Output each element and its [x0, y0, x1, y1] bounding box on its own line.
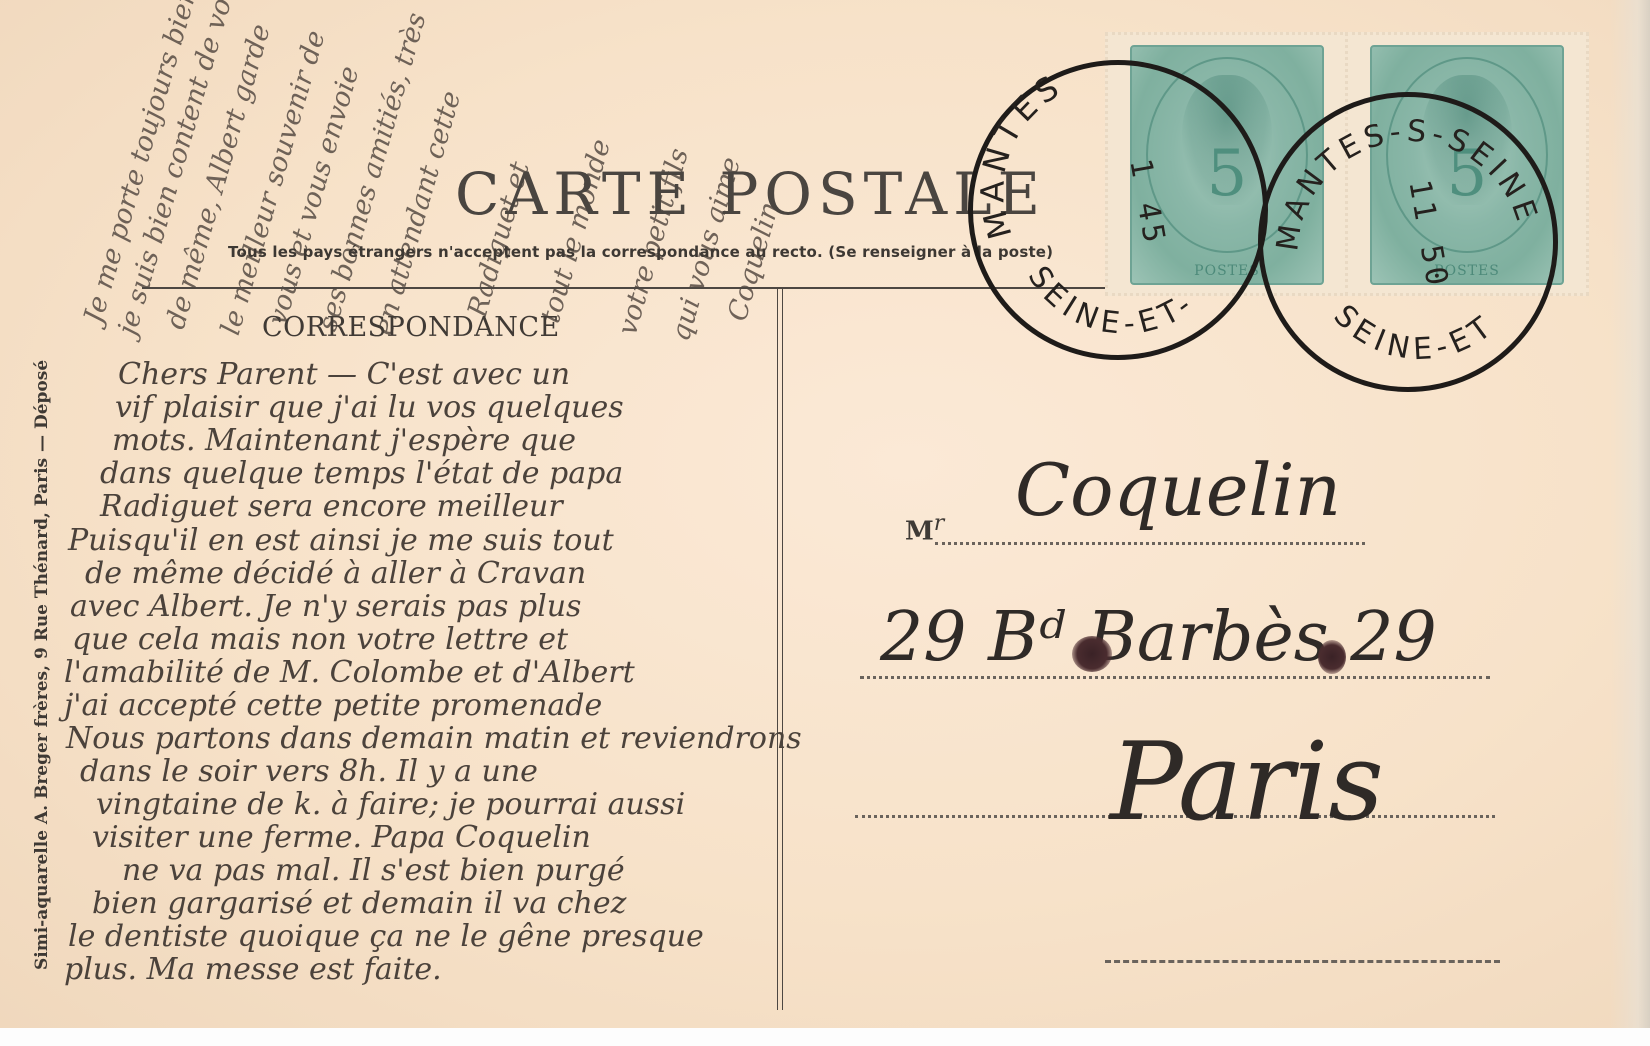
header-divider [142, 287, 1112, 289]
message-line: visiter une ferme. Papa Coquelin [92, 821, 591, 855]
message-line: vif plaisir que j'ai lu vos quelques [115, 391, 624, 425]
message-line: bien gargarisé et demain il va chez [92, 887, 626, 921]
ink-blot [1318, 640, 1346, 674]
postmark-ring-text: MANTES-S-SEINE SEINE-ET-OISE [1258, 92, 1558, 392]
correspondance-label: CORRESPONDANCE [262, 312, 560, 343]
message-line: que cela mais non votre lettre et [72, 623, 568, 657]
message-line: dans le soir vers 8h. Il y a une [80, 755, 538, 789]
message-line: plus. Ma messe est faite. [64, 953, 442, 987]
address-line-4 [1105, 960, 1500, 963]
message-line: de même décidé à aller à Cravan [85, 557, 586, 591]
recipient-name: Coquelin [1015, 448, 1341, 532]
message-line: Chers Parent — C'est avec un [118, 358, 570, 392]
foreign-countries-notice: Tous les pays étrangers n'acceptent pas … [228, 243, 1053, 261]
scan-margin [0, 1028, 1650, 1046]
recipient-city: Paris [1110, 720, 1384, 845]
message-line: le dentiste quoique ça ne le gêne presqu… [68, 920, 704, 954]
message-line: Puisqu'il en est ainsi je me suis tout [68, 524, 614, 558]
salutation-superscript: r [934, 511, 945, 536]
ink-blot [1072, 636, 1112, 672]
message-line: Radiguet sera encore meilleur [100, 490, 563, 524]
message-line: j'ai accepté cette petite promenade [64, 689, 602, 723]
svg-text:MANTES: MANTES [973, 65, 1070, 243]
message-line: ne va pas mal. Il s'est bien purgé [122, 854, 625, 888]
card-title: CARTE POSTALE [455, 160, 1046, 228]
publisher-imprint: Simi-aquarelle A. Breger frères, 9 Rue T… [32, 360, 52, 970]
center-divider [777, 288, 783, 1010]
postcard: Je me porte toujours bien et je suis bie… [0, 0, 1650, 1028]
message-line: l'amabilité de M. Colombe et d'Albert [64, 656, 635, 690]
message-line: mots. Maintenant j'espère que [112, 424, 576, 458]
salutation-text: M [905, 517, 934, 547]
postmark-ring-text: MANTES SEINE-ET-OISE [968, 60, 1268, 360]
message-line: dans quelque temps l'état de papa [100, 457, 623, 491]
address-line-1 [935, 542, 1365, 545]
recipient-street: 29 Bᵈ Barbès 29 [880, 598, 1437, 677]
message-line: vingtaine de k. à faire; je pourrai auss… [96, 788, 685, 822]
message-line: avec Albert. Je n'y serais pas plus [70, 590, 581, 624]
message-line: Nous partons dans demain matin et revien… [66, 722, 802, 756]
postmark: MANTES-S-SEINE SEINE-ET-OISE 11 50 [1258, 92, 1558, 392]
postmark: MANTES SEINE-ET-OISE 1 45 [968, 60, 1268, 360]
